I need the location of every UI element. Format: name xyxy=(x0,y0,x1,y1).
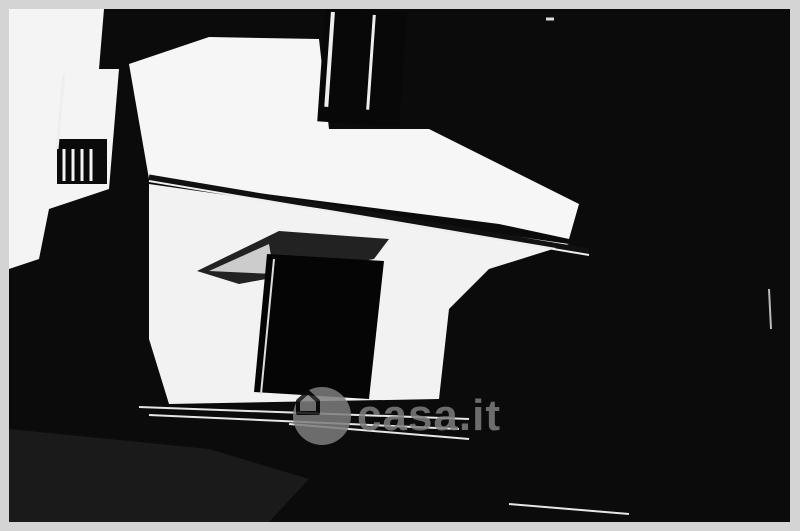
property-photo: casa.it xyxy=(9,9,790,522)
house-icon xyxy=(293,387,351,445)
casa-it-watermark: casa.it xyxy=(293,387,501,445)
watermark-text: casa.it xyxy=(357,394,501,438)
house-facade-illustration xyxy=(9,9,790,522)
